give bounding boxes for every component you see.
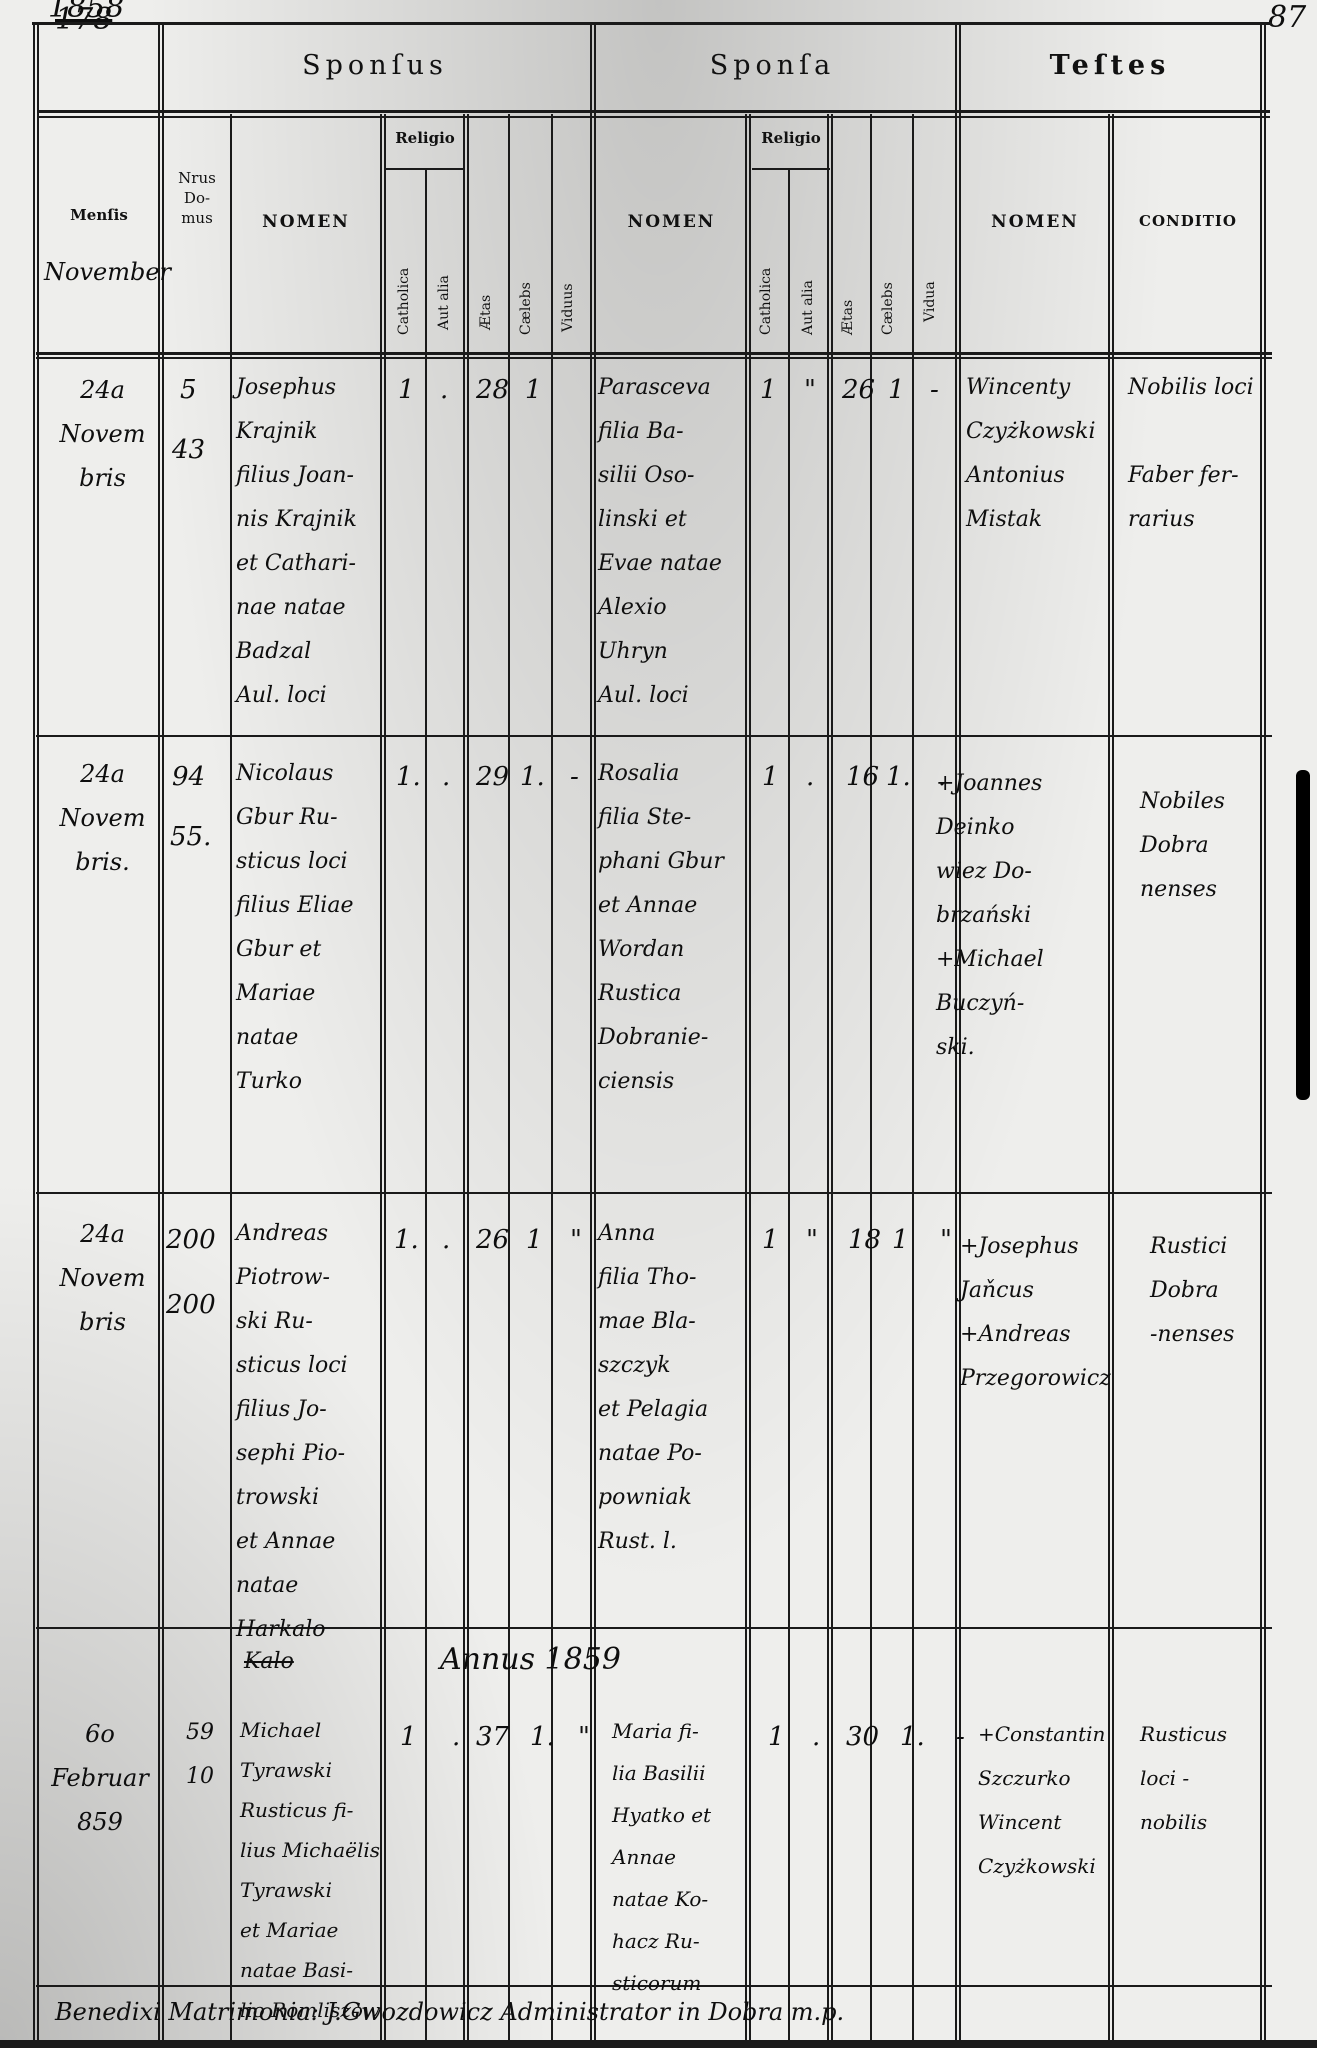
header-sponsa-aetas: Ætas [840,300,856,335]
sponsus-catholica: 1 [398,375,415,405]
testes-conditio: Nobiles Dobra nenses [1140,780,1270,912]
sponsus-caelebs: 1 [526,1225,543,1255]
col-line-religio [463,114,469,2042]
register-page: 178 1858 87 Sponſus Sponſa Teſtes Menſis… [0,0,1317,2048]
entry-date: 24a Novem bris [50,1212,155,1344]
testes-name: +Joannes Deinko wiez Do- brzański +Micha… [936,762,1108,1070]
rule-top [32,22,1272,25]
sponsa-vidua: " [940,1225,952,1255]
sponsa-vidua: - [930,375,939,405]
entry-house-top: 200 [166,1225,216,1255]
header-sponsa-religio: Religio [752,128,830,148]
rule-bottom [0,2040,1317,2048]
sponsus-name: Michael Tyrawski Rusticus fi- lius Micha… [240,1710,390,2030]
sponsa-caelebs: 1 [888,375,905,405]
rule-row-3 [36,1627,1272,1629]
entry-house-top: 59 [186,1720,214,1745]
sponsus-aetas: 26 [476,1225,509,1255]
sponsus-aetas: 37 [476,1722,509,1752]
col-line-caelebs [551,114,553,2042]
entry-house-bottom: 55. [170,822,211,852]
col-line-sponsa-catholica [788,170,790,2042]
sponsus-catholica: 1 [400,1722,417,1752]
header-testes-conditio: CONDITIO [1115,212,1261,230]
footer-signature: Benedixi Matrimonia: J.Gwozdowicz Admini… [55,1990,1275,2034]
header-sponsus-aut-alia: Aut alia [436,275,452,330]
rule-row-1 [36,735,1272,737]
sponsus-name: Nicolaus Gbur Ru- sticus loci filius Eli… [236,752,381,1104]
sponsus-aut-alia: . [440,375,448,405]
entry-house-bottom: 43 [172,435,205,465]
header-mensis: Menſis [40,205,158,225]
rule-header-2 [38,116,1270,118]
header-sponsa-nomen: NOMEN [598,212,745,232]
sponsus-caelebs: 1 [525,375,542,405]
sponsa-aut-alia: . [806,762,814,792]
header-sponsus-religio: Religio [386,128,464,148]
group-testes: Teſtes [960,50,1260,81]
sponsa-aetas: 16 [846,762,879,792]
sponsa-aut-alia: . [812,1722,820,1752]
header-sponsa-caelebs: Cælebs [880,282,896,335]
entry-date: 24a Novem bris [50,368,155,500]
entry-house-top: 94 [172,762,205,792]
sponsus-name: Josephus Krajnik filius Joan- nis Krajni… [236,366,381,718]
header-mensis-value: November [44,250,171,294]
entry-date: 6o Februar 859 [44,1712,156,1844]
sponsa-aetas: 18 [848,1225,881,1255]
testes-name: +Constantin Szczurko Wincent Czyżkowski [978,1712,1118,1888]
col-line-left [33,22,39,2042]
sponsus-aetas: 28 [476,375,509,405]
sponsus-name-crossed: Kalo [244,1640,294,1684]
sponsus-aut-alia: . [442,1225,450,1255]
sponsa-name: Maria fi- lia Basilii Hyatko et Annae na… [612,1710,752,2004]
header-sponsa-vidua: Vidua [922,281,938,322]
rule-body-start [36,352,1272,355]
col-line-domus [230,114,232,2042]
sponsus-aetas: 29 [476,762,509,792]
rule-header [38,110,1270,113]
group-sponsus: Sponſus [165,50,585,81]
header-sponsus-catholica: Catholica [396,268,412,335]
sponsus-aut-alia: . [452,1722,460,1752]
header-nrus-domus: Nrus Do- mus [166,168,228,228]
year-note: 1858 [48,0,124,30]
col-line-mensis [158,22,164,2042]
header-sponsa-catholica: Catholica [758,268,774,335]
testes-name: Wincenty Czyżkowski Antonius Mistak [966,366,1111,542]
sponsa-aut-alia: " [806,1225,818,1255]
sponsa-name: Parasceva filia Ba- silii Oso- linski et… [598,366,743,718]
sponsus-catholica: 1. [394,1225,419,1255]
sponsa-catholica: 1 [762,1225,779,1255]
col-line-sponsa-caelebs [912,114,914,2042]
sponsa-vidua: - [956,1722,965,1752]
header-sponsus-aetas: Ætas [478,295,494,330]
entry-date: 24a Novem bris. [50,752,155,884]
sponsus-caelebs: 1. [530,1722,555,1752]
year-annus-note: Annus 1859 [440,1638,621,1682]
testes-name: +Josephus Jaňcus +Andreas Przegorowicz [960,1225,1120,1401]
col-line-sponsus-end [590,22,596,2042]
sponsus-viduus: " [578,1722,590,1752]
header-sponsus-caelebs: Cælebs [518,282,534,335]
sponsa-caelebs: 1. [886,762,911,792]
rule-body-start-2 [36,357,1272,359]
entry-house-bottom: 200 [166,1290,216,1320]
sponsus-viduus: - [570,762,579,792]
sponsus-name: Andreas Piotrow- ski Ru- sticus loci fil… [236,1212,386,1652]
sponsa-caelebs: 1. [900,1722,925,1752]
rule-row-2 [36,1192,1272,1194]
sponsa-caelebs: 1 [892,1225,909,1255]
col-line-catholica [425,170,427,2042]
sponsa-catholica: 1 [762,762,779,792]
testes-conditio: Nobilis loci Faber fer- rarius [1128,366,1268,542]
testes-conditio: Rusticus loci - nobilis [1140,1712,1265,1844]
sponsa-aetas: 30 [846,1722,879,1752]
sponsa-name: Rosalia filia Ste- phani Gbur et Annae W… [598,752,743,1104]
header-testes-nomen: NOMEN [962,212,1108,232]
ink-mark [1296,770,1310,1100]
sponsus-viduus: " [570,1225,582,1255]
sponsus-caelebs: 1. [520,762,545,792]
rule-religio-sponsa [752,168,830,170]
sponsus-catholica: 1. [396,762,421,792]
sponsa-catholica: 1 [768,1722,785,1752]
group-sponsa: Sponſa [595,50,950,81]
sponsa-name: Anna filia Tho- mae Bla- szczyk et Pelag… [598,1212,743,1564]
sponsa-aetas: 26 [842,375,875,405]
sponsa-catholica: 1 [760,375,777,405]
header-sponsus-viduus: Viduus [560,283,576,332]
sponsa-aut-alia: " [804,375,816,405]
header-sponsus-nomen: NOMEN [232,212,380,232]
col-line-sponsa-religio [827,114,833,2042]
page-number: 87 [1268,0,1306,40]
header-sponsa-aut-alia: Aut alia [800,280,816,335]
testes-conditio: Rustici Dobra -nenses [1150,1225,1270,1357]
entry-house-bottom: 10 [186,1764,214,1789]
entry-house-top: 5 [180,375,197,405]
sponsus-aut-alia: . [442,762,450,792]
